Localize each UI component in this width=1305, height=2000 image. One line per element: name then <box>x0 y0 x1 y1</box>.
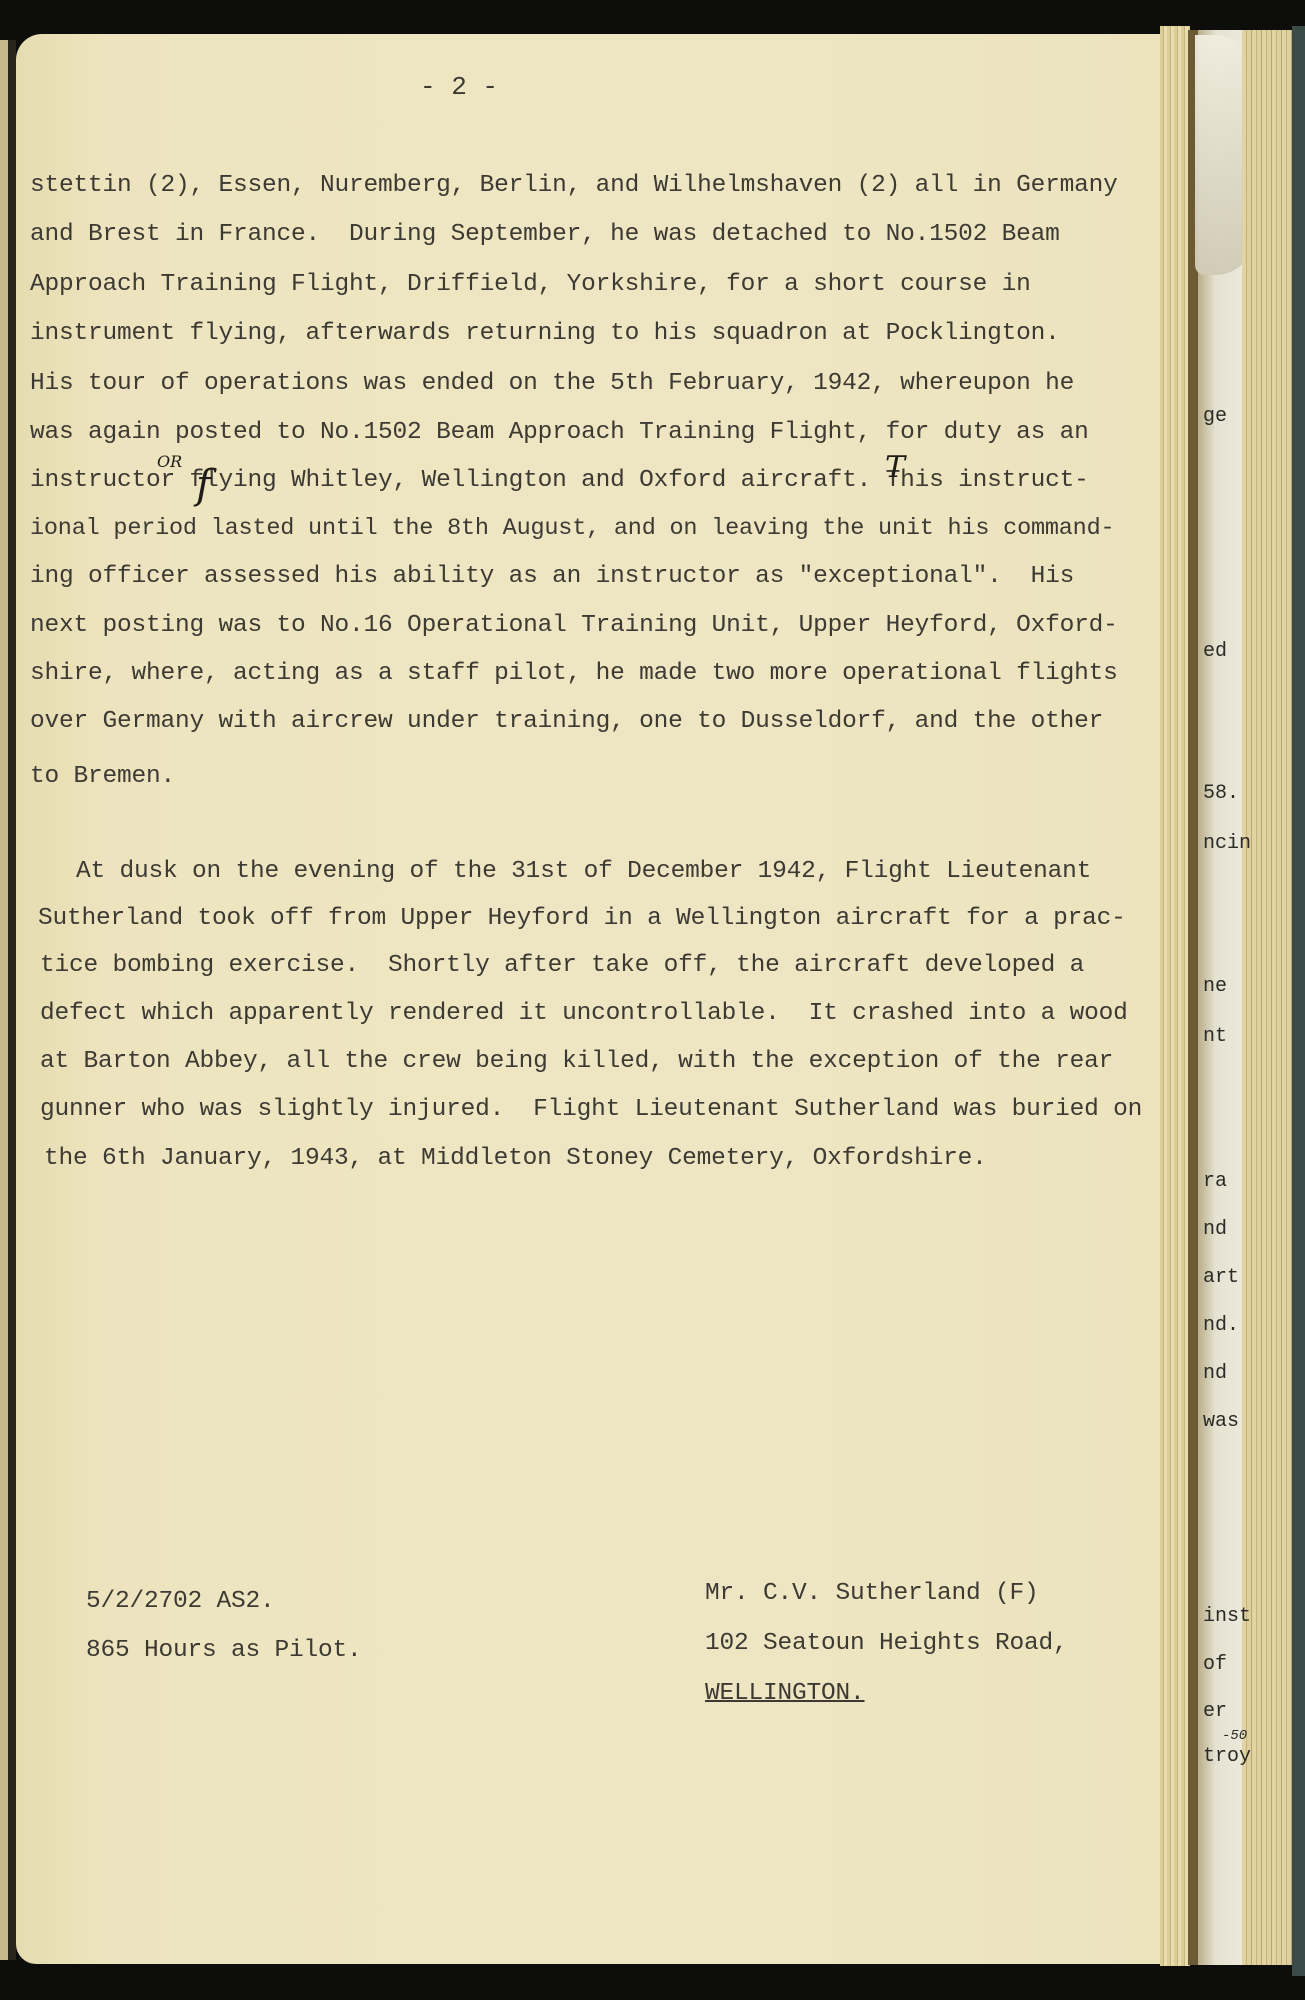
text-line: over Germany with aircrew under training… <box>30 708 1103 735</box>
fragment-text: ncin <box>1203 832 1251 855</box>
text-line: defect which apparently rendered it unco… <box>40 1000 1128 1027</box>
text-line: to Bremen. <box>30 763 175 790</box>
page-number: - 2 - <box>420 72 498 102</box>
fragment-text: ra <box>1203 1170 1227 1193</box>
text-line: Sutherland took off from Upper Heyford i… <box>38 905 1126 932</box>
fragment-text: ne <box>1203 975 1227 998</box>
text-line: at Barton Abbey, all the crew being kill… <box>40 1048 1113 1075</box>
text-line: tice bombing exercise. Shortly after tak… <box>40 952 1084 979</box>
handwritten-correction: T <box>885 450 905 485</box>
right-page-stack <box>1242 30 1294 1965</box>
fragment-text: ed <box>1203 640 1227 663</box>
previous-page-edge <box>0 40 8 1960</box>
handwritten-correction: OR <box>157 452 182 471</box>
text-line: the 6th January, 1943, at Middleton Ston… <box>44 1145 987 1172</box>
text-line: ing officer assessed his ability as an i… <box>30 563 1074 590</box>
binding-shadow <box>1188 30 1198 1965</box>
text-line: instrument flying, afterwards returning … <box>30 320 1060 347</box>
fragment-text: ge <box>1203 405 1227 428</box>
text-line: ional period lasted until the 8th August… <box>30 515 1114 542</box>
fragment-text: inst <box>1203 1605 1251 1628</box>
fragment-handwritten: -50 <box>1222 1728 1247 1744</box>
fragment-text: nd <box>1203 1218 1227 1241</box>
text-line: shire, where, acting as a staff pilot, h… <box>30 660 1118 687</box>
page-stack-edge <box>1160 26 1190 1966</box>
address-city: WELLINGTON. <box>705 1680 865 1707</box>
flying-hours: 865 Hours as Pilot. <box>86 1637 362 1664</box>
next-of-kin-name: Mr. C.V. Sutherland (F) <box>705 1580 1039 1607</box>
text-line: was again posted to No.1502 Beam Approac… <box>30 419 1089 446</box>
handwritten-correction: f <box>196 462 211 508</box>
text-line: gunner who was slightly injured. Flight … <box>40 1096 1142 1123</box>
text-line: At dusk on the evening of the 31st of De… <box>76 858 1091 885</box>
text-line: Approach Training Flight, Driffield, Yor… <box>30 271 1031 298</box>
fragment-text: nd. <box>1203 1314 1239 1337</box>
fragment-text: nd <box>1203 1362 1227 1385</box>
fragment-text: troy <box>1203 1745 1251 1768</box>
book-cover-edge <box>1292 26 1305 1976</box>
address-street: 102 Seatoun Heights Road, <box>705 1630 1068 1657</box>
fragment-text: was <box>1203 1410 1239 1433</box>
fragment-text: nt <box>1203 1025 1227 1048</box>
fragment-text: 58. <box>1203 782 1239 805</box>
text-line: instructor flying Whitley, Wellington an… <box>30 467 1089 494</box>
file-reference: 5/2/2702 AS2. <box>86 1588 275 1615</box>
fragment-text: of <box>1203 1653 1227 1676</box>
text-line: and Brest in France. During September, h… <box>30 221 1060 248</box>
left-gutter <box>8 40 16 1960</box>
text-line: His tour of operations was ended on the … <box>30 370 1074 397</box>
text-line: stettin (2), Essen, Nuremberg, Berlin, a… <box>30 172 1118 199</box>
text-line: next posting was to No.16 Operational Tr… <box>30 612 1118 639</box>
fragment-text: er <box>1203 1700 1227 1723</box>
fragment-text: art <box>1203 1266 1239 1289</box>
